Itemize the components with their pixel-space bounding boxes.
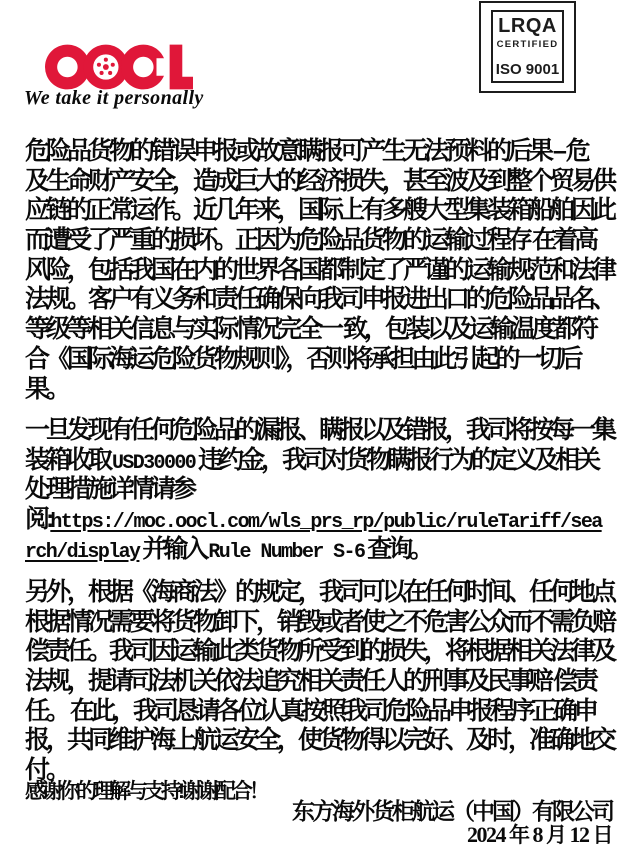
- text-segment: 风险，包括我国在内的世界各国都制定了严谨的运输规范和法律: [25, 256, 613, 284]
- text-line: 阅:https://moc.oocl.com/wls_prs_rp/public…: [25, 505, 625, 535]
- text-segment: 并输入: [139, 535, 208, 563]
- text-segment: 而遭受了严重的损坏。正因为危险品货物的运输过程存 在着高: [25, 226, 595, 254]
- certified-label: CERTIFIED: [497, 39, 559, 50]
- notice-date: 2024 年 8 月 12 日: [467, 823, 612, 848]
- text-segment: 法规，提请司法机关依法追究相关责任人的刑事及民事赔 偿责: [25, 667, 595, 695]
- text-segment: 查询。: [364, 535, 430, 563]
- text-segment: USD30000: [112, 452, 195, 475]
- notice-page: { "colors": { "brand_red": "#e01739", "t…: [0, 0, 638, 849]
- text-line: rch/display 并输入 Rule Number S-6 查询。: [25, 535, 625, 565]
- text-line: 应链的正常运作。近几年来，国际上有多艘大型集装箱船舶因此: [25, 196, 625, 226]
- text-segment: 根据情况需要将货物卸下，销毁或者使之不危害公众而不需负赔: [25, 608, 613, 636]
- text-segment: 报，共同维护海上航运安全，使货物得以完好、及时，准确地交: [25, 726, 613, 754]
- text-line: 报，共同维护海上航运安全，使货物得以完好、及时，准确地交: [25, 726, 625, 756]
- text-segment: 危险品货物的错误申报或故意瞒报可产生无法预料的后果 – 危: [25, 137, 587, 165]
- text-line: 风险，包括我国在内的世界各国都制定了严谨的运输规范和法律: [25, 256, 625, 286]
- thanks-line: 感谢你的理解与支持!谢谢配合！: [25, 780, 266, 804]
- text-line: 一旦发现有任何危险品的漏报、瞒报以及错报，我司将按每一集: [25, 416, 625, 446]
- text-segment: 及生命财产安全，造成巨大的经济损失，甚至波及到整个贸易供: [25, 167, 613, 195]
- text-segment: 违约金，我司对货物瞒报行为的定义及相关: [195, 446, 597, 474]
- text-segment: 偿责任。我司因运输此类货物所受到的损失，将根据相关法律及: [25, 637, 613, 665]
- brand-tagline: We take it personally: [24, 87, 204, 110]
- text-line: 及生命财产安全，造成巨大的经济损失，甚至波及到整个贸易供: [25, 167, 625, 197]
- text-segment: 2024: [467, 822, 509, 847]
- text-segment: 12: [566, 822, 593, 847]
- text-segment: 阅:: [25, 505, 50, 533]
- paragraph-risk-warning: 危险品货物的错误申报或故意瞒报可产生无法预料的后果 – 危及生命财产安全，造成巨…: [25, 137, 625, 404]
- text-line: 法规。客户有义务和责任确保向我司申报进出口的危险品品名、: [25, 285, 625, 315]
- text-line: 合《国际海运危险货物规则》，否则将承担由此引起的一切后: [25, 345, 625, 375]
- text-line: 另外，根据《海商法》的规定，我司可以在任何时间、任何地点: [25, 578, 625, 608]
- iso-certification-badge: LRQA CERTIFIED ISO 9001: [479, 1, 576, 93]
- rule-tariff-url-link[interactable]: https://moc.oocl.com/wls_prs_rp/public/r…: [50, 511, 601, 534]
- text-segment: 一旦发现有任何危险品的漏报、瞒报以及错报，我司将按每一集: [25, 416, 613, 444]
- text-segment: 8: [529, 822, 547, 847]
- text-line: 偿责任。我司因运输此类货物所受到的损失，将根据相关法律及: [25, 637, 625, 667]
- company-signature: 东方海外货柜航运（中国）有限公司: [292, 799, 612, 824]
- text-segment: 日: [593, 824, 613, 847]
- text-line: 法规，提请司法机关依法追究相关责任人的刑事及民事赔 偿责: [25, 667, 625, 697]
- rule-tariff-url-link[interactable]: rch/display: [25, 541, 139, 564]
- paragraph-maritime-law: 另外，根据《海商法》的规定，我司可以在任何时间、任何地点根据情况需要将货物卸下，…: [25, 578, 625, 786]
- text-segment: 果。: [25, 375, 67, 403]
- lrqa-logo: LRQA: [498, 15, 557, 38]
- text-line: 危险品货物的错误申报或故意瞒报可产生无法预料的后果 – 危: [25, 137, 625, 167]
- oocl-logo: [45, 44, 193, 90]
- text-segment: 合《国际海运危险货物规则》，否则将承担由此引起的一切后: [25, 345, 580, 373]
- text-line: 处理措施详情请参: [25, 475, 625, 505]
- text-line: 等级等相关信息与实际情况完全一 致，包装以及运输温度都符: [25, 315, 625, 345]
- text-line: 根据情况需要将货物卸下，销毁或者使之不危害公众而不需负赔: [25, 608, 625, 638]
- text-segment: Rule Number S-6: [208, 541, 364, 564]
- paragraph-penalty-rule: 一旦发现有任何危险品的漏报、瞒报以及错报，我司将按每一集装箱收取 USD3000…: [25, 416, 625, 564]
- text-segment: 月: [546, 824, 566, 847]
- text-segment: 任。 在此，我司恳请各位认真按照我司危险品申报程序正确申: [25, 697, 595, 725]
- iso-certification-badge-inner: LRQA CERTIFIED ISO 9001: [491, 10, 564, 83]
- text-segment: 法规。客户有义务和责任确保向我司申报进出口的危险品品名、: [25, 285, 613, 313]
- text-segment: 另外，根据《海商法》的规定，我司可以在任何时间、任何地点: [25, 578, 613, 606]
- iso-9001-label: ISO 9001: [496, 61, 559, 78]
- text-line: 果。: [25, 375, 625, 405]
- text-line: 而遭受了严重的损坏。正因为危险品货物的运输过程存 在着高: [25, 226, 625, 256]
- text-segment: 装箱收取: [25, 446, 112, 474]
- text-segment: 年: [509, 824, 529, 847]
- text-line: 任。 在此，我司恳请各位认真按照我司危险品申报程序正确申: [25, 697, 625, 727]
- text-segment: 应链的正常运作。近几年来，国际上有多艘大型集装箱船舶因此: [25, 196, 613, 224]
- oocl-logo-icon: [45, 44, 193, 90]
- text-line: 装箱收取 USD30000 违约金，我司对货物瞒报行为的定义及相关: [25, 446, 625, 476]
- text-segment: 等级等相关信息与实际情况完全一 致，包装以及运输温度都符: [25, 315, 595, 343]
- text-segment: 处理措施详情请参: [25, 475, 193, 503]
